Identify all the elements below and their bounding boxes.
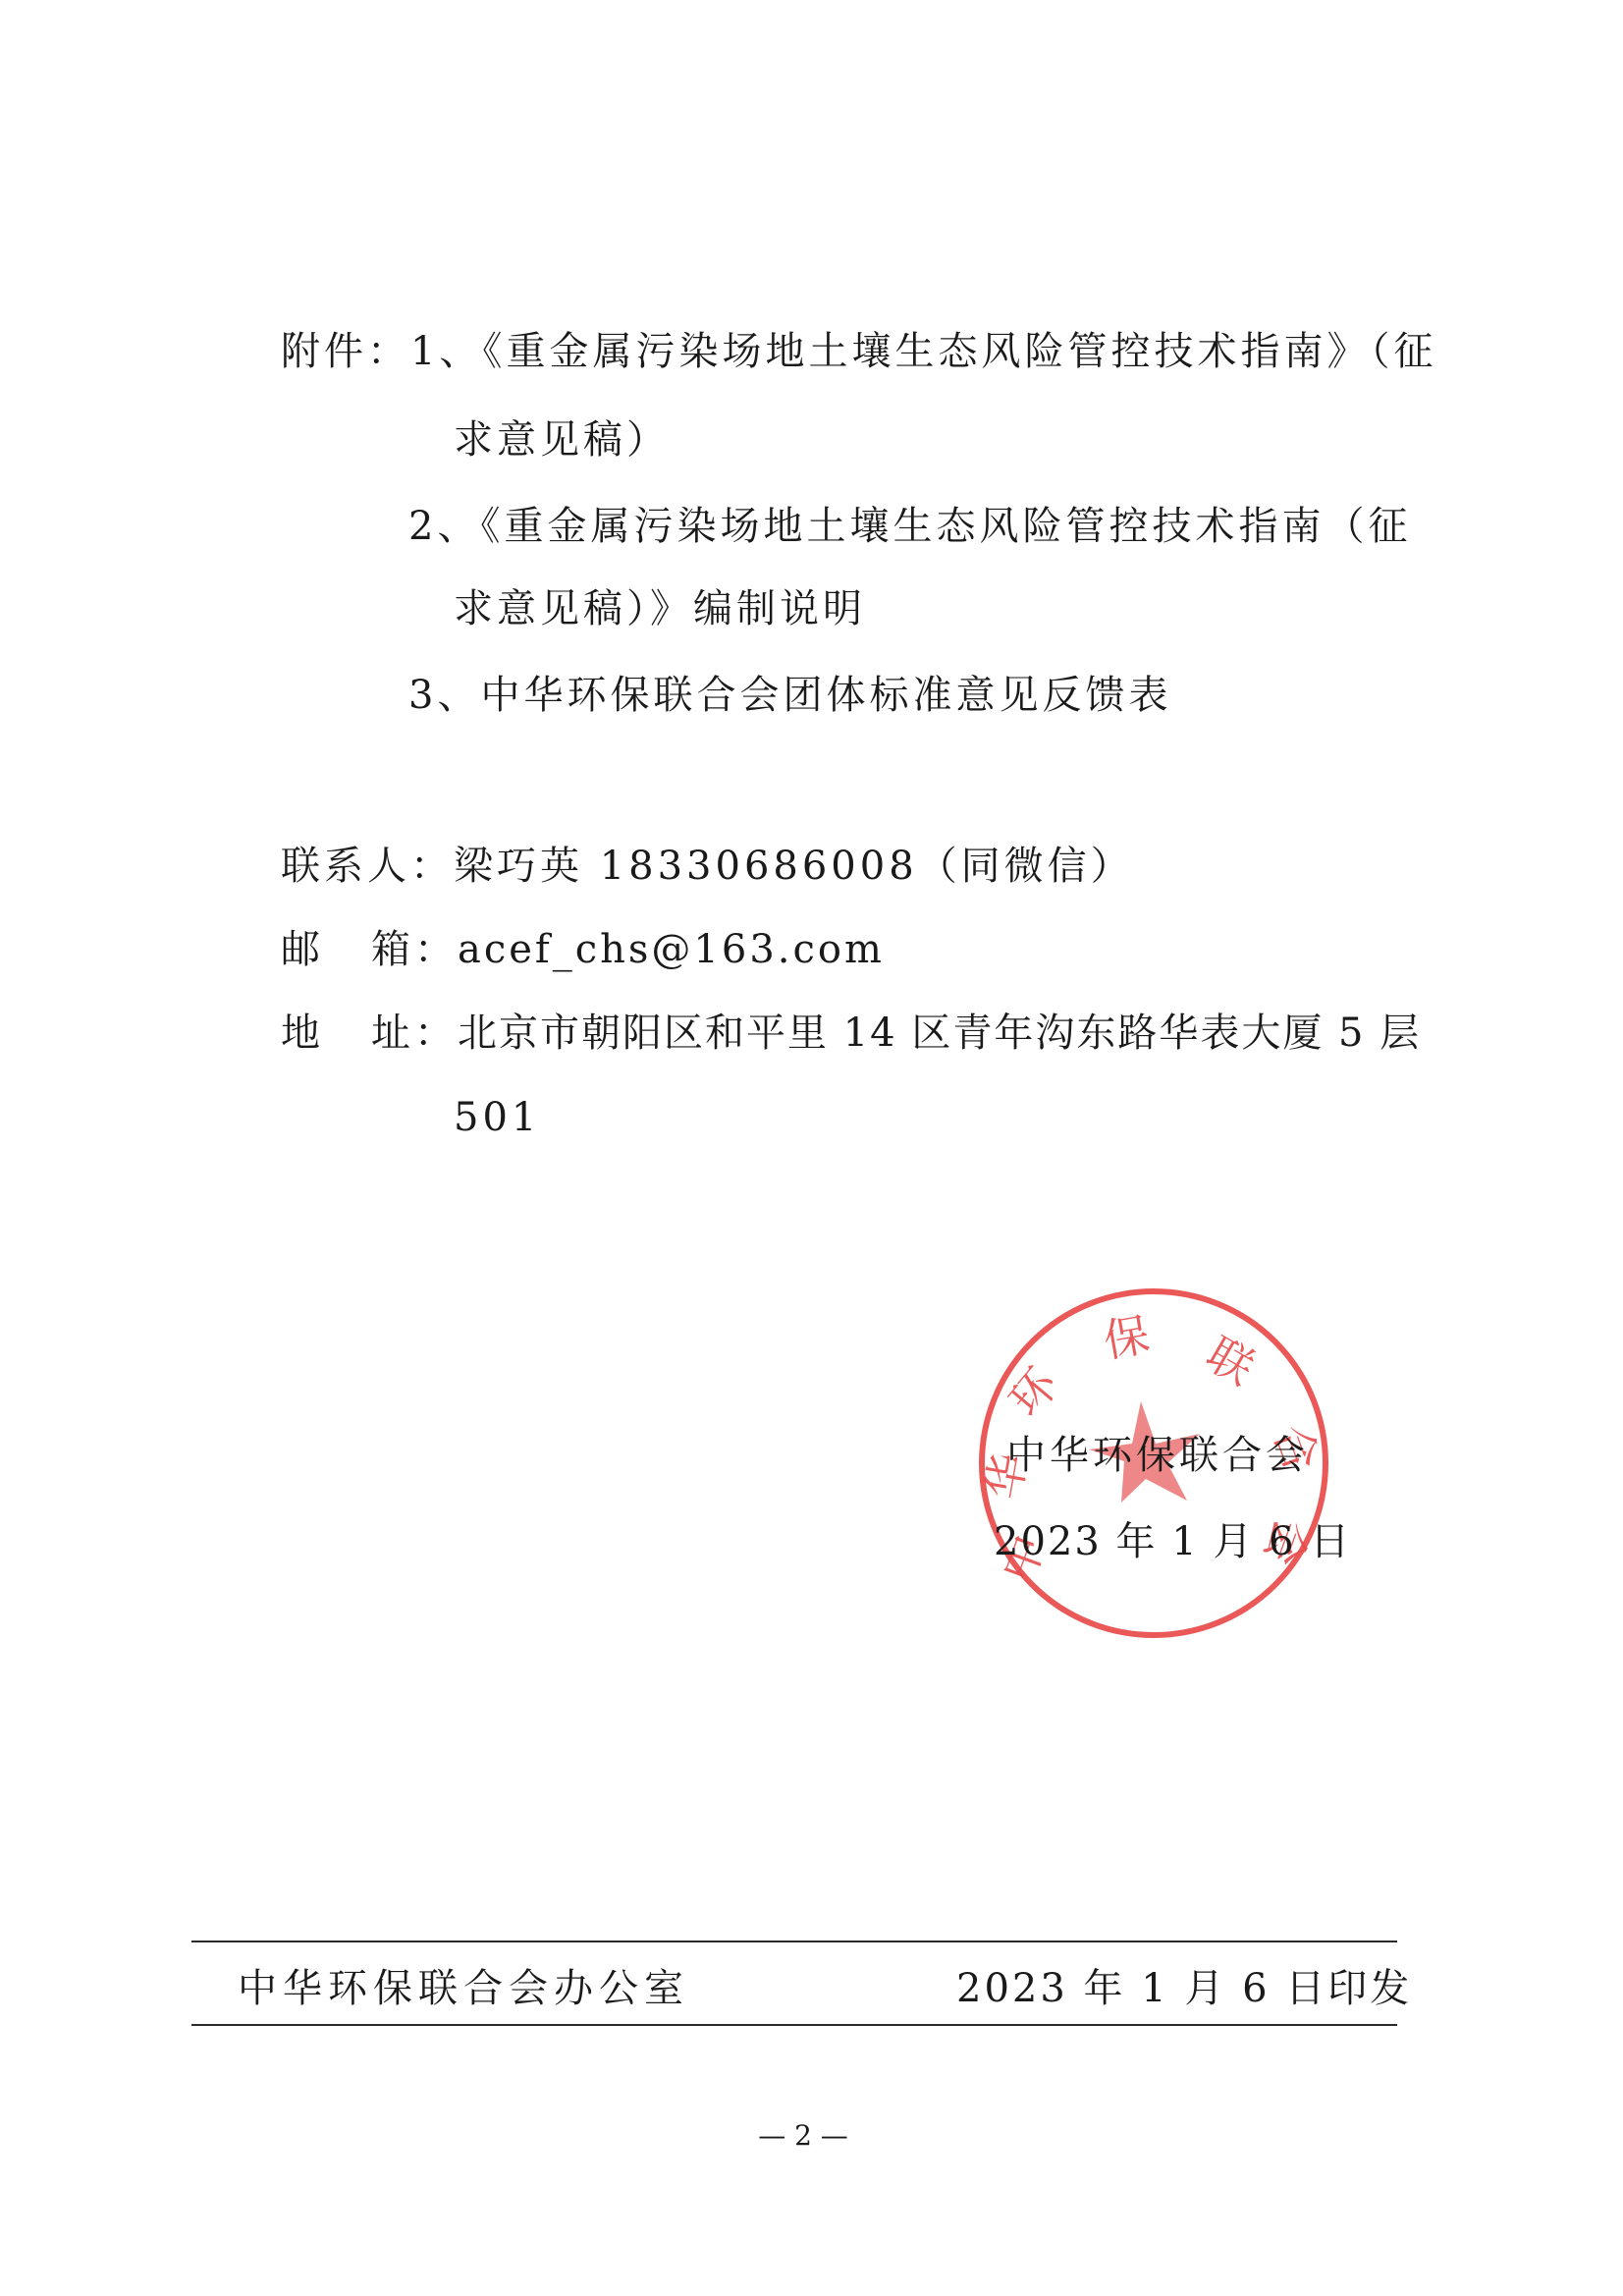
address-label-2: 址： xyxy=(371,1011,458,1056)
contact-person: 联系人：梁巧英 18330686008（同微信） xyxy=(281,843,1134,890)
attachment-2-line-1: 2、《重金属污染场地土壤生态风险管控技术指南（征 xyxy=(408,503,1411,550)
contact-person-value: 梁巧英 18330686008（同微信） xyxy=(454,844,1134,889)
attachment-3-line-1: 3、中华环保联合会团体标准意见反馈表 xyxy=(408,672,1171,719)
seal-arc-char-5: 联 xyxy=(1198,1327,1264,1395)
attachment-1-title: 《重金属污染场地土壤生态风险管控技术指南》（征 xyxy=(482,329,1436,374)
contact-person-label: 联系人： xyxy=(281,844,454,889)
attachment-2-title: 《重金属污染场地土壤生态风险管控技术指南（征 xyxy=(480,504,1411,549)
attachment-1-line-2: 求意见稿） xyxy=(454,416,670,464)
attachment-3-number: 3、 xyxy=(408,673,480,718)
contact-address: 地址：北京市朝阳区和平里 14 区青年沟东路华表大厦 5 层 xyxy=(281,1010,1421,1057)
signature-date: 2023 年 1 月 6 日 xyxy=(994,1518,1351,1565)
address-line-1: 北京市朝阳区和平里 14 区青年沟东路华表大厦 5 层 xyxy=(458,1011,1421,1056)
attachment-1-number: 1、 xyxy=(410,329,482,374)
attachment-1-line-1: 附件：1、《重金属污染场地土壤生态风险管控技术指南》（征 xyxy=(281,328,1436,375)
email-value[interactable]: acef_chs@163.com xyxy=(458,927,885,972)
attachment-3-title: 中华环保联合会团体标准意见反馈表 xyxy=(480,673,1171,718)
address-label-1: 地 xyxy=(281,1011,324,1056)
attachment-2-number: 2、 xyxy=(408,504,480,549)
attachment-2-line-2: 求意见稿）》编制说明 xyxy=(454,585,866,632)
attachments-label: 附件： xyxy=(281,329,410,374)
footer-issue-date: 2023 年 1 月 6 日印发 xyxy=(956,1965,1412,2012)
footer-top-rule xyxy=(191,1941,1397,1942)
signature-org: 中华环保联合会 xyxy=(1006,1432,1309,1479)
page-number: — 2 — xyxy=(746,2119,860,2153)
email-label-1: 邮 xyxy=(281,927,324,972)
address-line-2: 501 xyxy=(454,1094,540,1141)
contact-email: 邮箱：acef_chs@163.com xyxy=(281,926,885,973)
footer-bottom-rule xyxy=(191,2024,1397,2026)
seal-arc-char-4: 保 xyxy=(1100,1308,1154,1368)
email-label-2: 箱： xyxy=(371,927,458,972)
footer-issuer: 中华环保联合会办公室 xyxy=(238,1965,689,2012)
